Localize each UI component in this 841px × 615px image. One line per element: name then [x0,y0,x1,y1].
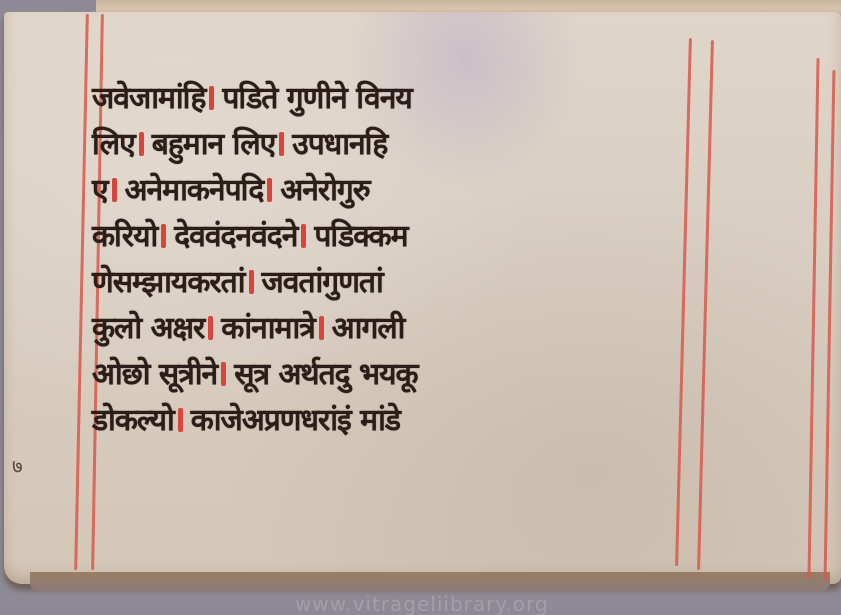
watermark-text: www.vitrageliibrary.org [295,592,549,615]
text-segment: णेसम्झायकरतां [92,260,245,306]
text-segment: जवतांगुणतां [262,260,383,306]
danda-mark [279,132,284,156]
text-line-2: लिएबहुमान लिएउपधानहि [92,122,682,168]
text-line-1: जवेजामांहिपडिते गुणीने विनय [92,76,682,122]
text-segment: कांनामात्रे [221,306,315,352]
folio-bottom-edge [30,572,830,592]
danda-mark [112,178,117,202]
text-segment: पडिते गुणीने विनय [222,76,411,122]
text-segment: लिए [92,122,135,168]
text-segment: सूत्र अर्थतदु भयकू [234,352,417,398]
text-line-6: कुलो अक्षरकांनामात्रेआगली [92,306,682,352]
text-segment: उपधानहि [292,122,387,168]
text-line-3: एअनेमाकनेपदिअनेरोगुरु [92,168,682,214]
text-segment: अनेमाकनेपदि [125,168,264,214]
danda-mark [178,408,183,432]
text-segment: पडिक्कम [314,214,407,260]
text-line-8: डोकल्योकाजेअप्रणधरांइं मांडे [92,398,682,444]
text-segment: काजेअप्रणधरांइं मांडे [191,398,400,444]
text-segment: आगली [332,306,405,352]
text-segment: डोकल्यो [92,398,174,444]
text-segment: करियो [92,214,157,260]
text-line-4: करियोदेववंदनवंदनेपडिक्कम [92,214,682,260]
text-segment: जवेजामांहि [92,76,205,122]
text-line-7: ओछो सूत्रीनेसूत्र अर्थतदु भयकू [92,352,682,398]
text-line-5: णेसम्झायकरतांजवतांगुणतां [92,260,682,306]
danda-mark [209,86,214,110]
text-segment: अनेरोगुरु [280,168,369,214]
danda-mark [221,362,226,386]
text-segment: कुलो अक्षर [92,306,204,352]
text-segment: देववंदनवंदने [174,214,297,260]
danda-mark [161,224,166,248]
text-segment: ए [92,168,108,214]
danda-mark [208,316,213,340]
manuscript-text: जवेजामांहिपडिते गुणीने विनय लिएबहुमान लि… [92,76,682,444]
danda-mark [139,132,144,156]
danda-mark [301,224,306,248]
text-segment: बहुमान लिए [152,122,276,168]
text-segment: ओछो सूत्रीने [92,352,217,398]
danda-mark [319,316,324,340]
danda-mark [249,270,254,294]
danda-mark [267,178,272,202]
